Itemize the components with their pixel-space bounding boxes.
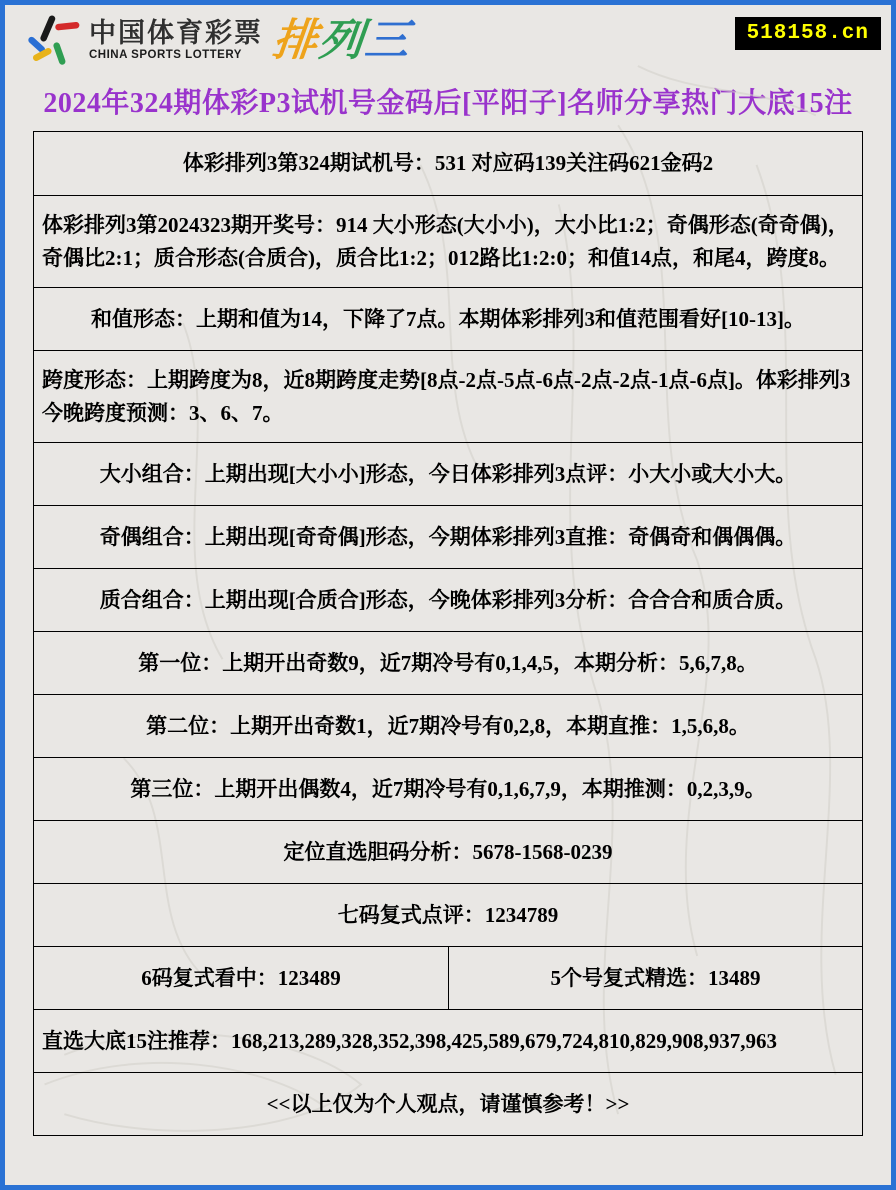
page-title: 2024年324期体彩P3试机号金码后[平阳子]名师分享热门大底15注	[11, 81, 885, 121]
row-third-position: 第三位：上期开出偶数4，近7期冷号有0,1,6,7,9，本期推测：0,2,3,9…	[34, 757, 862, 820]
row-span-analysis: 跨度形态：上期跨度为8，近8期跨度走势[8点-2点-5点-6点-2点-2点-1点…	[34, 350, 862, 442]
brand-char-3: 三	[363, 19, 412, 63]
lottery-page: 中国体育彩票 CHINA SPORTS LOTTERY 排 列 三 518158…	[0, 0, 896, 1190]
china-sports-lottery-logo-icon	[23, 15, 81, 67]
row-seven-code-compound: 七码复式点评：1234789	[34, 883, 862, 946]
logo-chinese-name: 中国体育彩票	[89, 20, 263, 47]
logo-english-name: CHINA SPORTS LOTTERY	[89, 50, 263, 62]
row-trial-number: 体彩排列3第324期试机号：531 对应码139关注码621金码2	[34, 132, 862, 195]
row-size-combination: 大小组合：上期出现[大小小]形态，今日体彩排列3点评：小大小或大小大。	[34, 442, 862, 505]
row-compound-split: 6码复式看中：123489 5个号复式精选：13489	[34, 946, 862, 1009]
logo-text: 中国体育彩票 CHINA SPORTS LOTTERY	[89, 20, 263, 62]
row-sum-value-analysis: 和值形态：上期和值为14，下降了7点。本期体彩排列3和值范围看好[10-13]。	[34, 287, 862, 350]
row-disclaimer: <<以上仅为个人观点，请谨慎参考！>>	[34, 1072, 862, 1135]
cell-five-code-compound: 5个号复式精选：13489	[448, 947, 862, 1009]
row-first-position: 第一位：上期开出奇数9，近7期冷号有0,1,4,5，本期分析：5,6,7,8。	[34, 631, 862, 694]
cell-six-code-compound: 6码复式看中：123489	[34, 947, 448, 1009]
site-badge: 518158.cn	[735, 17, 881, 50]
row-direct-dan-code: 定位直选胆码分析：5678-1568-0239	[34, 820, 862, 883]
row-last-draw-result: 体彩排列3第2024323期开奖号：914 大小形态(大小小)，大小比1:2；奇…	[34, 195, 862, 287]
brand-pailie3: 排 列 三	[271, 19, 414, 63]
prediction-table: 体彩排列3第324期试机号：531 对应码139关注码621金码2 体彩排列3第…	[33, 131, 863, 1136]
brand-char-1: 排	[271, 19, 320, 63]
brand-char-2: 列	[317, 19, 366, 63]
row-second-position: 第二位：上期开出奇数1，近7期冷号有0,2,8，本期直推：1,5,6,8。	[34, 694, 862, 757]
header: 中国体育彩票 CHINA SPORTS LOTTERY 排 列 三 518158…	[5, 5, 891, 73]
row-direct-big15-recommendation: 直选大底15注推荐：168,213,289,328,352,398,425,58…	[34, 1009, 862, 1072]
row-prime-composite-combination: 质合组合：上期出现[合质合]形态，今晚体彩排列3分析：合合合和质合质。	[34, 568, 862, 631]
row-parity-combination: 奇偶组合：上期出现[奇奇偶]形态，今期体彩排列3直推：奇偶奇和偶偶偶。	[34, 505, 862, 568]
